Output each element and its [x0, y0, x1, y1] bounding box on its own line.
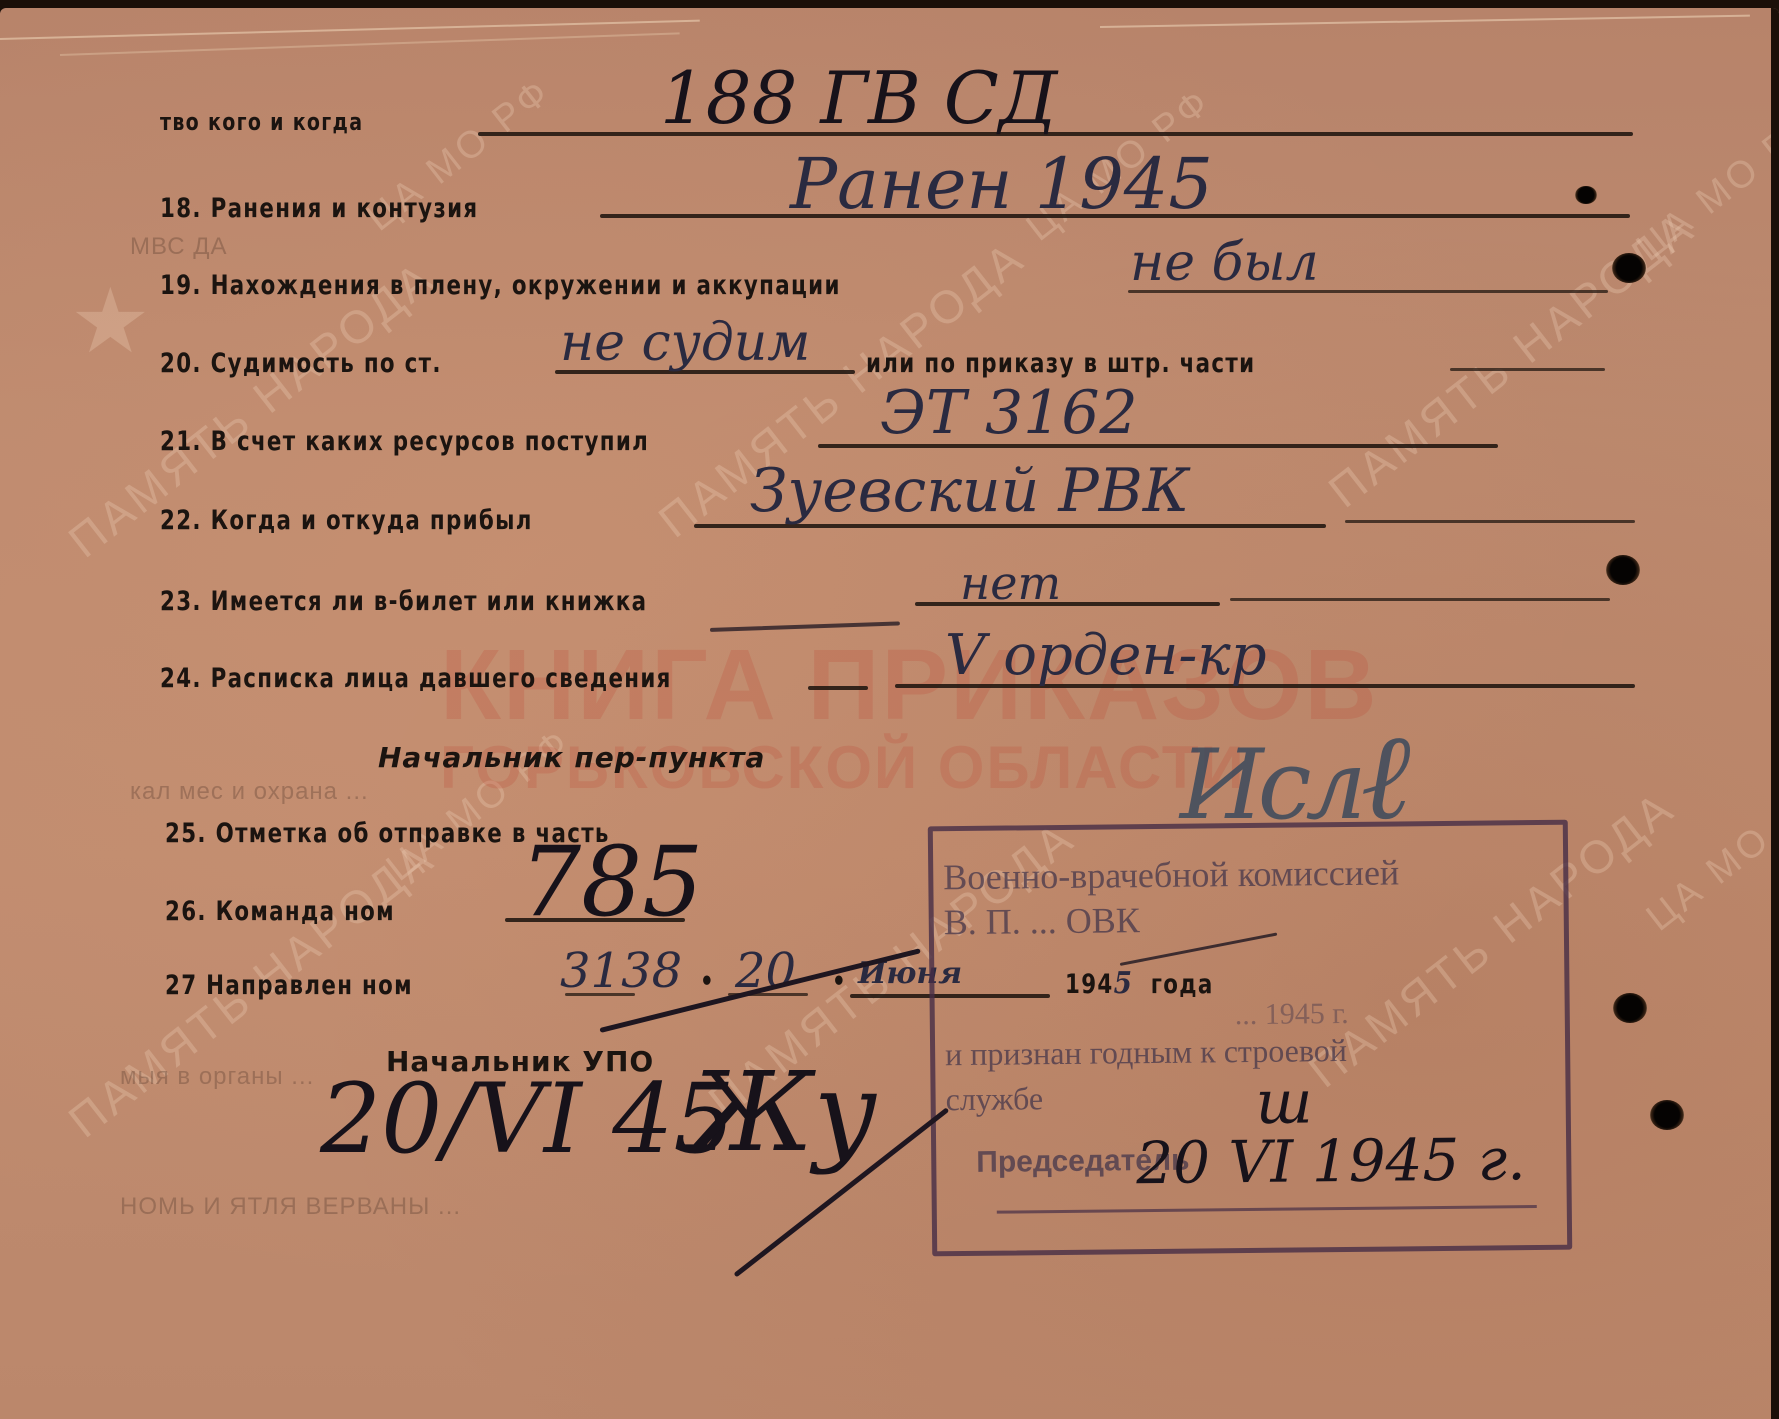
field-value-wounds: Ранен 1945 — [790, 143, 1213, 225]
stamp-signature: ш — [1255, 1067, 1313, 1138]
stamp-written-date: 20 VI 1945 г. — [1136, 1125, 1526, 1197]
medical-commission-stamp: Военно-врачебной комиссией В. П. ... ОВК… — [928, 820, 1572, 1257]
stamp-line: В. П. ... ОВК — [944, 899, 1140, 943]
field-value-resources: ЭТ 3162 — [880, 378, 1138, 448]
field-label-captivity: 19. Нахождения в плену, окружении и акку… — [160, 270, 841, 301]
field-label-team: 26. Команда ном — [165, 896, 395, 927]
stamp-line: ... 1945 г. — [1235, 997, 1349, 1032]
field-value-captivity: не был — [1130, 233, 1319, 293]
bleed-text: МВС ДА — [130, 233, 227, 261]
watermark-star-icon: ★ — [70, 278, 151, 368]
binding-hole — [1612, 253, 1646, 283]
stamp-line: Военно-врачебной комиссией — [943, 851, 1399, 898]
binding-hole — [1650, 1100, 1684, 1130]
field-label-conviction: 20. Судимость по ст. — [160, 348, 442, 379]
paper-crease — [1100, 15, 1750, 28]
field-label-penal: или по приказу в штр. части — [866, 348, 1255, 379]
field-value-arrival: Зуевский РВК — [750, 456, 1189, 526]
stamp-rule — [997, 1205, 1537, 1214]
upo-date: 20/VI 45 — [320, 1063, 734, 1175]
document-card: ★ ПАМЯТЬ НАРОДА ПАМЯТЬ НАРОДА ПАМЯТЬ НАР… — [0, 8, 1779, 1419]
stamp-line: службе — [945, 1080, 1043, 1118]
watermark-archive: ЦА МО РФ — [1630, 102, 1779, 270]
field-value-military-id: нет — [960, 556, 1061, 610]
field-value-team: 785 — [520, 826, 703, 938]
field-label-receipt: 24. Расписка лица давшего сведения — [160, 663, 672, 694]
field-line — [1345, 520, 1635, 523]
bleed-text: мыя в органы ... — [120, 1063, 314, 1091]
field-label-military-id: 23. Имеется ли в-билет или книжка — [160, 586, 647, 617]
binding-hole — [1606, 555, 1640, 585]
field-value-receipt: V орден-кр — [945, 623, 1267, 688]
field-value-conviction: не судим — [560, 313, 810, 373]
upo-signature: Жу — [690, 1048, 877, 1176]
field-label-resources: 21. В счет каких ресурсов поступил — [160, 426, 649, 457]
transit-head-label: Начальник пер-пункта — [378, 741, 765, 774]
field-label-directed: 27 Направлен ном — [165, 970, 413, 1001]
binding-hole — [1613, 993, 1647, 1023]
field-label-arrival: 22. Когда и откуда прибыл — [160, 505, 533, 536]
field-label-wounds: 18. Ранения и контузия — [160, 193, 478, 224]
bleed-text: кал мес и охрана ... — [130, 778, 369, 806]
field-value-issued-by: 188 ГВ СД — [660, 56, 1057, 140]
field-line — [1230, 598, 1610, 601]
binding-hole — [1575, 186, 1597, 204]
field-label-issued-by: тво кого и когда — [160, 108, 363, 136]
field-value-directed-number: 3138 — [560, 943, 682, 999]
bleed-text: НОМЬ И ЯТЛЯ ВЕРВАНЫ ... — [120, 1193, 461, 1221]
field-line — [808, 686, 868, 690]
scan-edge — [1771, 8, 1779, 1419]
field-line — [1450, 368, 1605, 371]
separator-dot: • — [700, 966, 715, 997]
